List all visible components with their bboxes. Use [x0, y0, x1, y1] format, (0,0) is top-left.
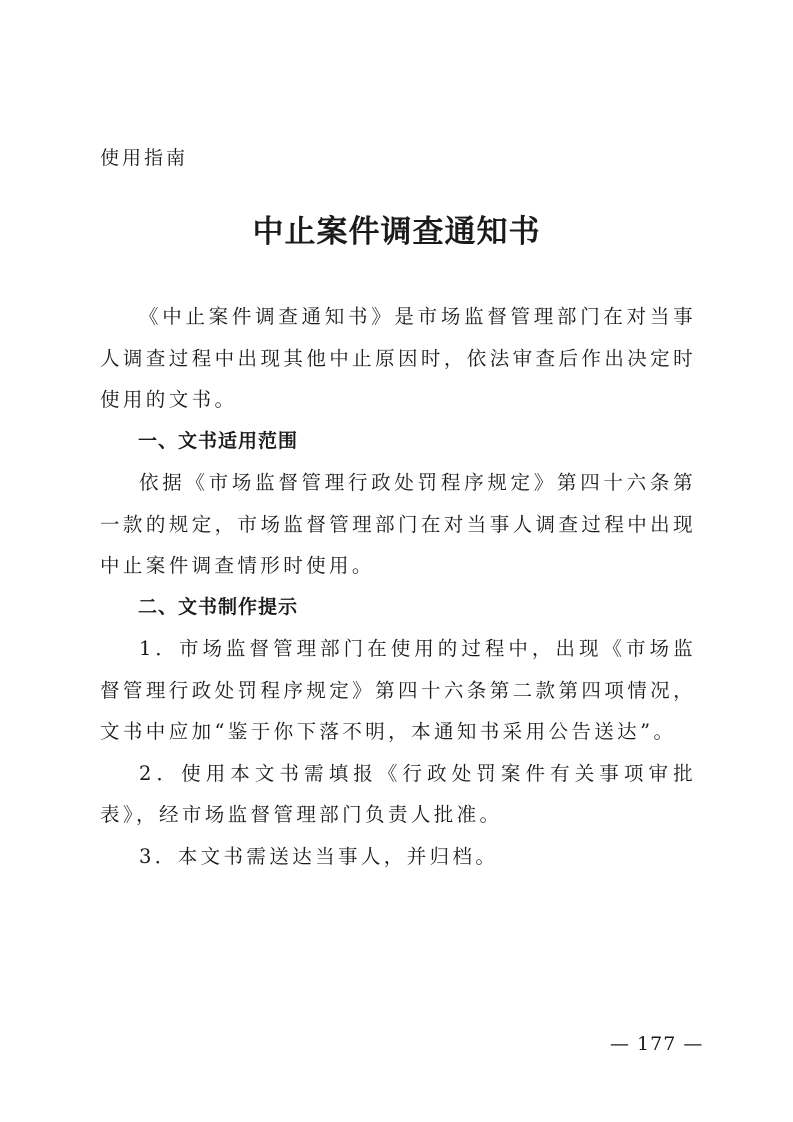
section-heading-scope: 一、文书适用范围 [100, 421, 696, 463]
scope-paragraph: 依据《市场监督管理行政处罚程序规定》第四十六条第一款的规定，市场监督管理部门在对… [100, 462, 696, 587]
section-heading-tips: 二、文书制作提示 [100, 587, 696, 629]
document-title-text: 中止案件调查通知书 [253, 210, 541, 254]
running-header: 使用指南 [100, 144, 188, 172]
tip-item-3: 3．本文书需送达当事人，并归档。 [100, 836, 696, 878]
intro-paragraph: 《中止案件调查通知书》是市场监督管理部门在对当事人调查过程中出现其他中止原因时，… [100, 296, 696, 421]
document-page: 使用指南 中止案件调查通知书 《中止案件调查通知书》是市场监督管理部门在对当事人… [0, 0, 793, 1122]
tip-item-1: 1．市场监督管理部门在使用的过程中，出现《市场监督管理行政处罚程序规定》第四十六… [100, 628, 696, 753]
tip-item-2: 2．使用本文书需填报《行政处罚案件有关事项审批表》，经市场监督管理部门负责人批准… [100, 753, 696, 836]
document-title: 中止案件调查通知书 [0, 210, 793, 254]
page-number: — 177 — [610, 1030, 703, 1058]
document-body: 《中止案件调查通知书》是市场监督管理部门在对当事人调查过程中出现其他中止原因时，… [100, 296, 696, 877]
